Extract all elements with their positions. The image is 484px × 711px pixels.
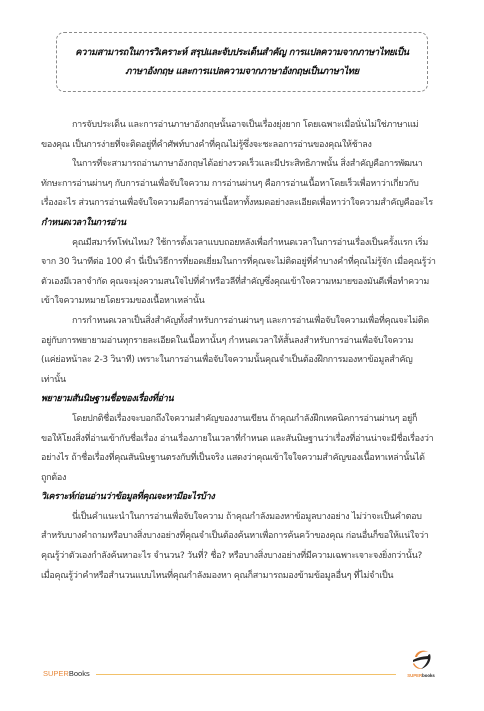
paragraph-first-line: นี่เป็นคำแนะนำในการอ่านเพื่อจับใจความ ถ้… <box>41 508 445 528</box>
paragraph-line: ถูกต้อง <box>41 469 445 489</box>
paragraph-first-line: คุณมีสมาร์ทโฟนไหม? ใช้การตั้งเวลาแบบถอยห… <box>41 234 445 254</box>
paragraph-first-line: การกำหนดเวลาเป็นสิ่งสำคัญทั้งสำหรับการอ่… <box>41 312 445 332</box>
footer-brand: SUPERBooks <box>43 669 90 679</box>
footer-brand-super: SUPER <box>43 669 69 678</box>
paragraph-first-line: โดยปกติชื่อเรื่องจะบอกถึงใจความสำคัญของง… <box>41 410 445 430</box>
paragraph-line: เข้าใจความหมายโดยรวมของเนื้อหาเหล่านั้น <box>41 292 445 312</box>
paragraph-line: คุณรู้ว่าตัวเองกำลังค้นหาอะไร จำนวน? วัน… <box>41 547 445 567</box>
section-heading: วิเคราะห์ก่อนอ่านว่าข้อมูลที่คุณจะหามีอะ… <box>41 488 445 508</box>
title-box: ความสามารถในการวิเคราะห์ สรุปและจับประเด… <box>56 32 428 92</box>
paragraph-line: (แค่ย่อหน้าละ 2-3 วินาที) เพราะในการอ่าน… <box>41 351 445 371</box>
logo-text: SUPERbooks <box>400 673 442 679</box>
paragraph-line: ขอให้โยงสิ่งที่อ่านเข้ากับชื่อเรื่อง อ่า… <box>41 430 445 450</box>
paragraph-line: ทักษะการอ่านผ่านๆ กับการอ่านเพื่อจับใจคว… <box>41 175 445 195</box>
section-heading: พยายามสันนิษฐานชื่อของเรื่องที่อ่าน <box>41 390 445 410</box>
superbooks-swoosh-logo-icon <box>410 648 432 672</box>
paragraph-line: เรื่องอะไร ส่วนการอ่านเพื่อจับใจความคือก… <box>41 194 445 214</box>
paragraph-line: จาก 30 วินาทีต่อ 100 คำ นี่เป็นวิธีการที… <box>41 253 445 273</box>
paragraph-first-line: ในการที่จะสามารถอ่านภาษาอังกฤษได้อย่างรว… <box>41 155 445 175</box>
paragraph-first-line: การจับประเด็น และการอ่านภาษาอังกฤษนั้นอา… <box>41 116 445 136</box>
superbooks-logo: SUPERbooks <box>400 648 442 688</box>
title-line-1: ความสามารถในการวิเคราะห์ สรุปและจับประเด… <box>75 43 408 62</box>
footer-divider <box>96 674 396 675</box>
footer-brand-books: Books <box>69 669 90 678</box>
paragraph-line: อยู่กับการพยายามอ่านทุกรายละเอียดในเนื้อ… <box>41 332 445 352</box>
paragraph-line: ตัวเองมีเวลาจำกัด คุณจะมุ่งความสนใจไปที่… <box>41 273 445 293</box>
logo-text-books: books <box>422 673 435 678</box>
paragraph-line: เท่านั้น <box>41 371 445 391</box>
paragraph-line: สำหรับบางคำถามหรือบางสิ่งบางอย่างที่คุณจ… <box>41 527 445 547</box>
section-heading: กำหนดเวลาในการอ่าน <box>41 214 445 234</box>
paragraph-line: ของคุณ เป็นการง่ายที่จะติดอยู่ที่คำศัพท์… <box>41 136 445 156</box>
logo-text-super: SUPER <box>407 673 422 678</box>
paragraph-line: อย่างไร ถ้าชื่อเรื่องที่คุณสันนิษฐานตรงก… <box>41 449 445 469</box>
paragraph-line: เมื่อคุณรู้ว่าคำหรือสำนวนแบบไหนที่คุณกำล… <box>41 567 445 587</box>
document-body: การจับประเด็น และการอ่านภาษาอังกฤษนั้นอา… <box>41 116 445 586</box>
title-line-2: ภาษาอังกฤษ และการแปลความจากภาษาอังกฤษเป็… <box>125 62 359 81</box>
